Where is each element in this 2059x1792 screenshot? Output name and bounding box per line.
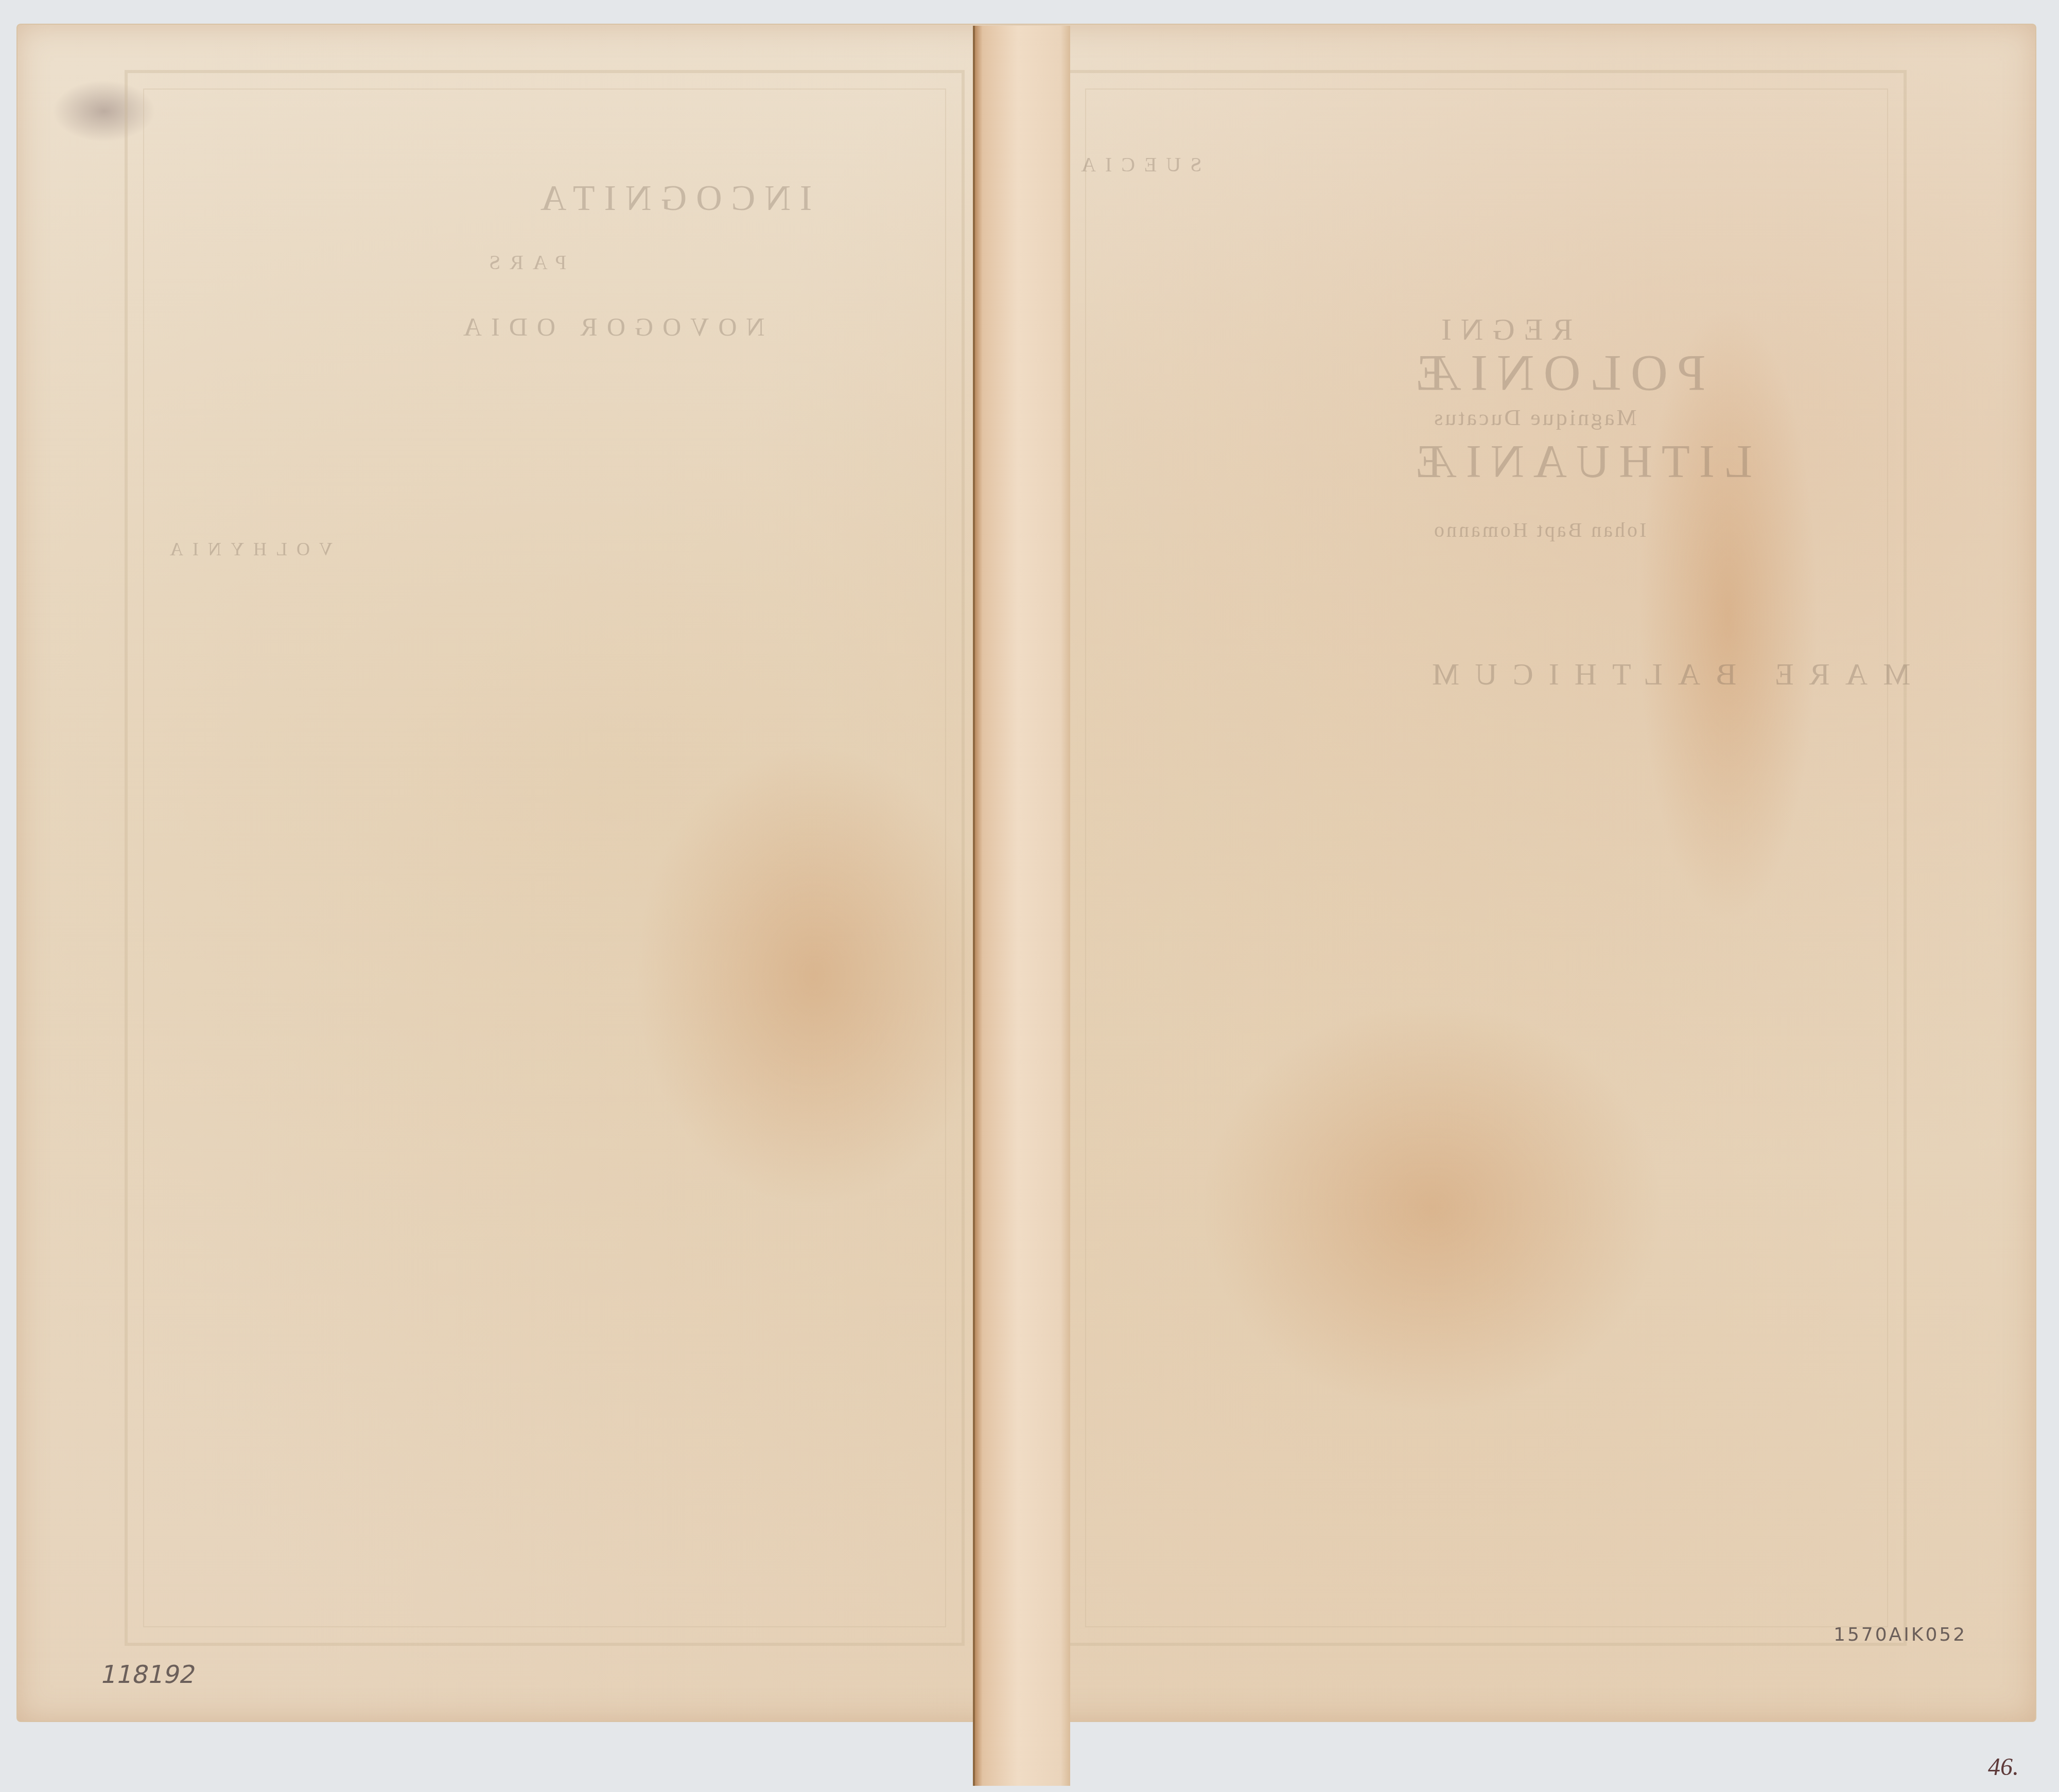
- ghost-title-2: POLONIÆ: [1406, 343, 1706, 402]
- ghost-sea-label: MARE BALTHICUM: [1417, 657, 1911, 692]
- ghost-left-label-4: VOLHYNIA: [161, 538, 333, 560]
- ghost-left-label-3: PARS: [480, 250, 566, 274]
- foxing-stain: [634, 744, 994, 1207]
- ghost-title-1: REGNI: [1432, 312, 1573, 347]
- ghost-left-label-2: NOVOGOR ODIA: [454, 312, 764, 342]
- foxing-stain: [1200, 1002, 1664, 1413]
- ghost-author: Iohan Bapt Homanno: [1432, 518, 1646, 542]
- central-repair-strip: [973, 26, 1070, 1786]
- ghost-top-right-label: SUECIA: [1072, 152, 1201, 177]
- sheet-number: 46.: [1988, 1753, 2019, 1781]
- ghost-title-3: Magnique Ducatus: [1432, 405, 1637, 431]
- ghost-left-label-1: INCOGNITA: [531, 178, 812, 219]
- ghost-title-4: LITHUANIÆ: [1406, 435, 1752, 488]
- inventory-number-left: 118192: [98, 1660, 199, 1689]
- inventory-number-right: 1570AIK052: [1834, 1624, 1967, 1645]
